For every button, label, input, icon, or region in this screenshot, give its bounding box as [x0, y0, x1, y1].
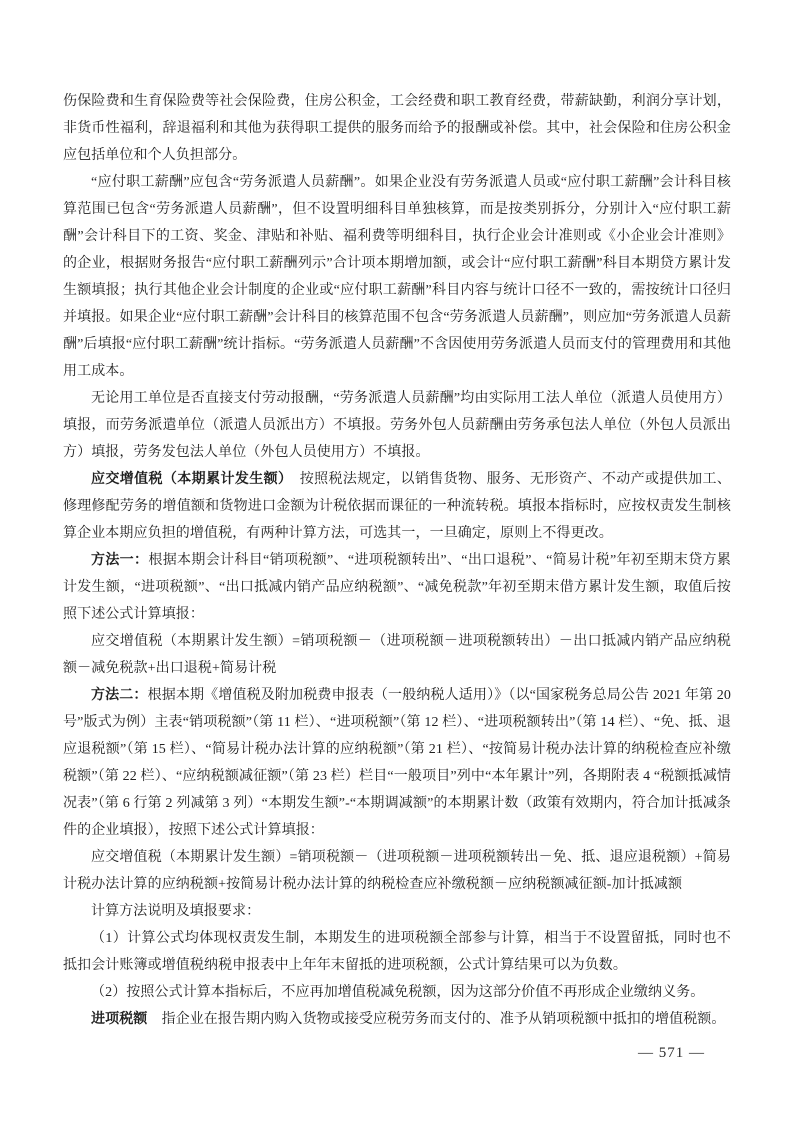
paragraph-calc-notes-heading: 计算方法说明及填报要求： — [63, 898, 731, 925]
paragraph-labor-dispatch: 无论用工单位是否直接支付劳动报酬，“劳务派遣人员薪酬”均由实际用工法人单位（派遣… — [63, 385, 731, 466]
paragraph-text: （1）计算公式均体现权责发生制，本期发生的进项税额全部参与计算，相当于不设置留抵… — [63, 931, 731, 973]
term-vat-payable: 应交增值税（本期累计发生额） — [91, 472, 285, 487]
paragraph-method-two: 方法二：根据本期《增值税及附加税费申报表（一般纳税人适用）》（以“国家税务总局公… — [63, 682, 731, 844]
formula-text: 应交增值税（本期累计发生额）=销项税额－（进项税额－进项税额转出－免、抵、退应退… — [63, 850, 731, 892]
formula-text: 应交增值税（本期累计发生额）=销项税额－（进项税额－进项税额转出）－出口抵减内销… — [63, 634, 731, 676]
paragraph-note-2: （2）按照公式计算本指标后，不应再加增值税减免税额，因为这部分价值不再形成企业缴… — [63, 979, 731, 1006]
paragraph-text: 伤保险费和生育保险费等社会保险费，住房公积金，工会经费和职工教育经费，带薪缺勤，… — [63, 94, 731, 163]
paragraph-note-1: （1）计算公式均体现权责发生制，本期发生的进项税额全部参与计算，相当于不设置留抵… — [63, 925, 731, 979]
formula-method-one: 应交增值税（本期累计发生额）=销项税额－（进项税额－进项税额转出）－出口抵减内销… — [63, 628, 731, 682]
paragraph-text: 指企业在报告期内购入货物或接受应税劳务而支付的、准予从销项税额中抵扣的增值税额。 — [147, 1012, 725, 1027]
paragraph-payroll-scope: “应付职工薪酬”应包含“劳务派遣人员薪酬”。如果企业没有劳务派遣人员或“应付职工… — [63, 169, 731, 385]
page-number: — 571 — — [638, 1045, 705, 1061]
paragraph-text: 无论用工单位是否直接支付劳动报酬，“劳务派遣人员薪酬”均由实际用工法人单位（派遣… — [63, 391, 731, 460]
paragraph-input-vat: 进项税额 指企业在报告期内购入货物或接受应税劳务而支付的、准予从销项税额中抵扣的… — [63, 1006, 731, 1033]
paragraph-text: 计算方法说明及填报要求： — [91, 904, 260, 919]
paragraph-vat-definition: 应交增值税（本期累计发生额） 按照税法规定，以销售货物、服务、无形资产、不动产或… — [63, 466, 731, 547]
document-body: 伤保险费和生育保险费等社会保险费，住房公积金，工会经费和职工教育经费，带薪缺勤，… — [63, 88, 731, 1033]
paragraph-text: 根据本期会计科目“销项税额”、“进项税额转出”、“出口退税”、“简易计税”年初至… — [63, 553, 731, 622]
paragraph-text: （2）按照公式计算本指标后，不应再加增值税减免税额，因为这部分价值不再形成企业缴… — [91, 985, 704, 1000]
page-footer: — 571 — — [638, 1042, 705, 1064]
document-page: 伤保险费和生育保险费等社会保险费，住房公积金，工会经费和职工教育经费，带薪缺勤，… — [0, 0, 793, 1122]
term-input-vat: 进项税额 — [91, 1012, 147, 1027]
term-method-two: 方法二： — [91, 688, 148, 703]
paragraph-method-one: 方法一：根据本期会计科目“销项税额”、“进项税额转出”、“出口退税”、“简易计税… — [63, 547, 731, 628]
term-method-one: 方法一： — [91, 553, 148, 568]
paragraph-text: 根据本期《增值税及附加税费申报表（一般纳税人适用）》（以“国家税务总局公告 20… — [63, 688, 731, 838]
paragraph-social-insurance-continuation: 伤保险费和生育保险费等社会保险费，住房公积金，工会经费和职工教育经费，带薪缺勤，… — [63, 88, 731, 169]
paragraph-text: “应付职工薪酬”应包含“劳务派遣人员薪酬”。如果企业没有劳务派遣人员或“应付职工… — [63, 175, 731, 379]
formula-method-two: 应交增值税（本期累计发生额）=销项税额－（进项税额－进项税额转出－免、抵、退应退… — [63, 844, 731, 898]
